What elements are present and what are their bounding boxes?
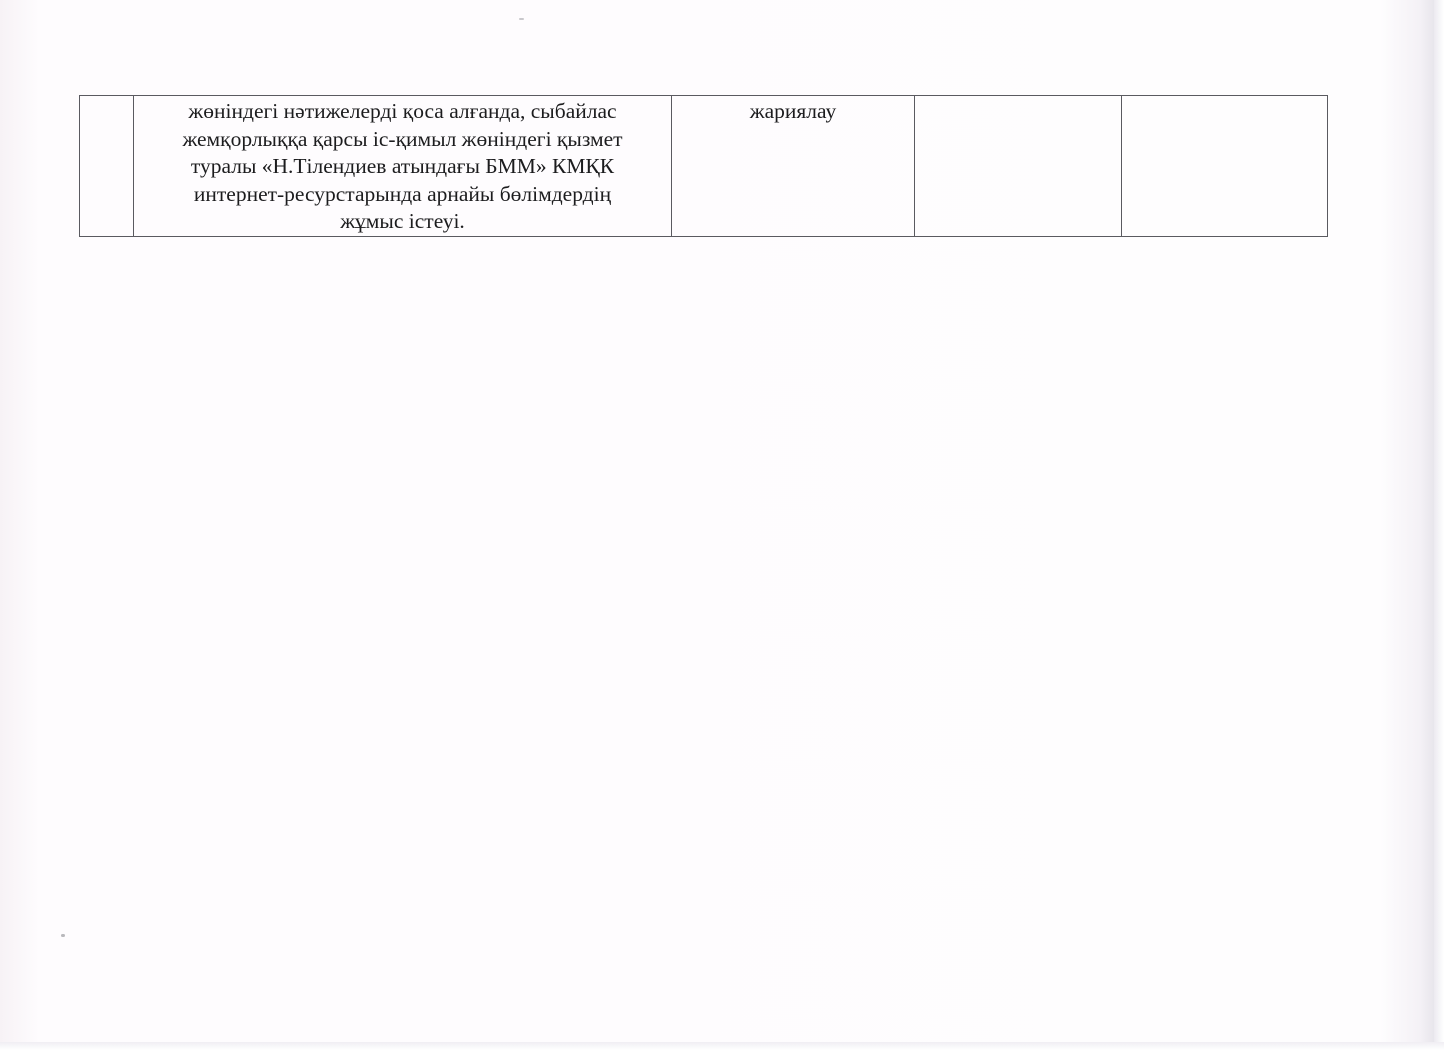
cell-deadline <box>1122 96 1328 237</box>
table-row: жөніндегі нәтижелерді қоса алғанда, сыба… <box>80 96 1328 237</box>
activity-line: интернет-ресурстарында арнайы бөлімдерді… <box>140 181 665 209</box>
page-edge-shadow <box>1434 0 1444 1050</box>
cell-completion-form: жариялау <box>672 96 915 237</box>
cell-number <box>80 96 134 237</box>
scan-speck <box>519 18 524 20</box>
activity-line: жемқорлыққа қарсы іс-қимыл жөніндегі қыз… <box>140 126 665 154</box>
page-bottom-edge <box>0 1042 1444 1050</box>
scan-speck <box>61 934 65 937</box>
activity-line: жөніндегі нәтижелерді қоса алғанда, сыба… <box>140 98 665 126</box>
activity-line: туралы «Н.Тілендиев атындағы БММ» КМҚК <box>140 153 665 181</box>
cell-activity: жөніндегі нәтижелерді қоса алғанда, сыба… <box>134 96 672 237</box>
cell-responsible <box>915 96 1122 237</box>
plan-table: жөніндегі нәтижелерді қоса алғанда, сыба… <box>79 95 1328 237</box>
activity-line: жұмыс істеуі. <box>140 208 665 236</box>
